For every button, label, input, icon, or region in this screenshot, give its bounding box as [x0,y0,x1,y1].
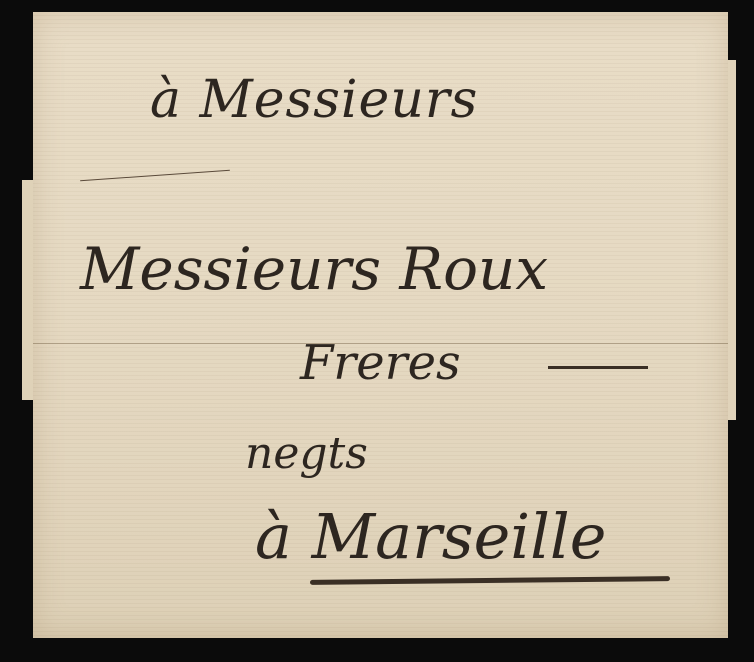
ink-arrow [548,366,648,369]
address-line-4: negts [245,428,368,479]
address-line-5: à Marseille [255,500,606,573]
address-line-1: à Messieurs [150,70,478,130]
address-line-2: Messieurs Roux [80,235,548,303]
address-line-3: Freres [300,335,461,391]
